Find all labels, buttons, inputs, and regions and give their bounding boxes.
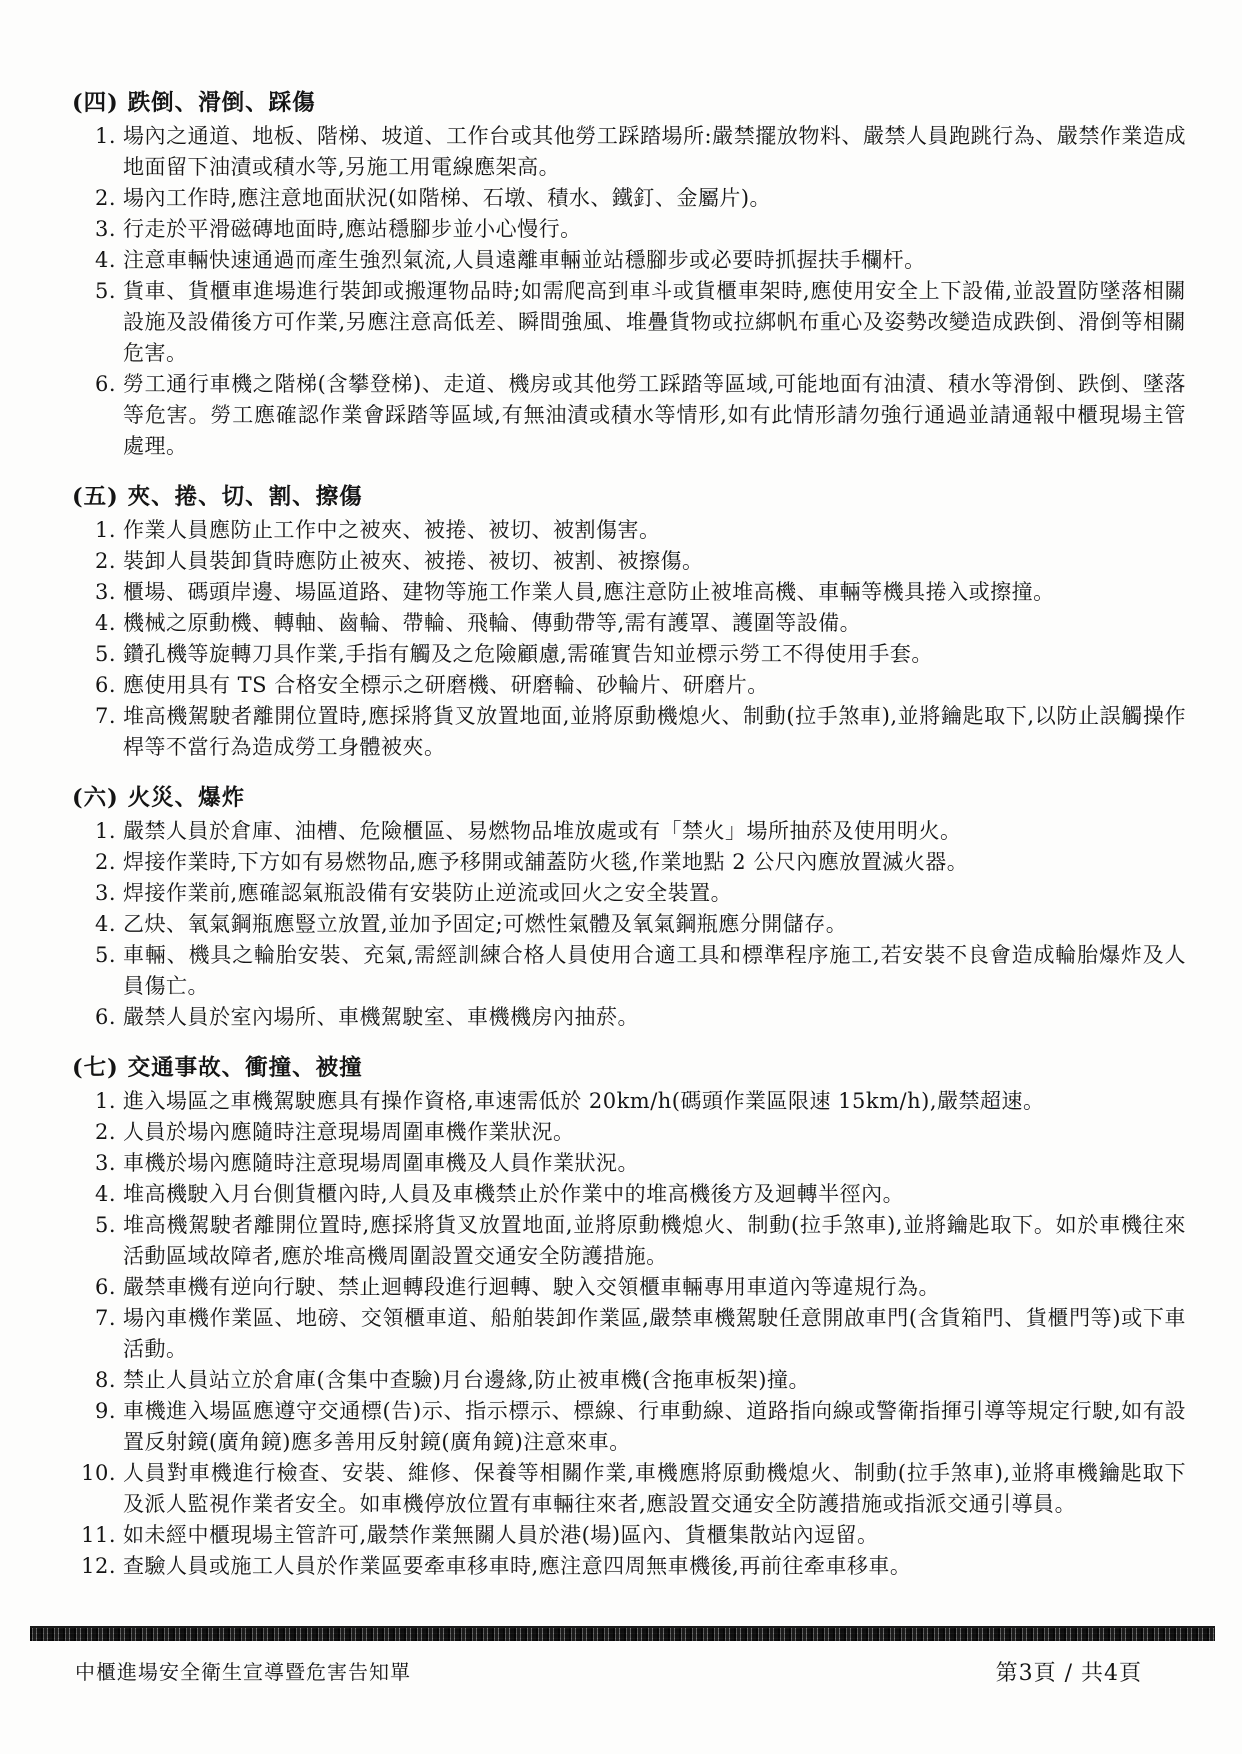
list-item: 6. 應使用具有 TS 合格安全標示之研磨機、研磨輪、砂輪片、研磨片。 [72,670,1186,701]
item-number: 2. [72,546,123,577]
item-number: 3. [72,214,123,245]
item-text: 機械之原動機、轉軸、齒輪、帶輪、飛輪、傳動帶等,需有護罩、護圍等設備。 [123,608,1186,639]
footer-document-title: 中櫃進場安全衛生宣導暨危害告知單 [75,1656,411,1687]
item-number: 5. [72,276,123,307]
item-number: 5. [72,1210,123,1241]
item-number: 6. [72,1002,123,1033]
item-text: 人員於場內應隨時注意現場周圍車機作業狀況。 [123,1117,1186,1148]
section-traffic-collision: (七) 交通事故、衝撞、被撞 1. 進入場區之車機駕駛應具有操作資格,車速需低於… [72,1053,1186,1582]
list-item: 12. 查驗人員或施工人員於作業區要牽車移車時,應注意四周無車機後,再前往牽車移… [72,1551,1186,1582]
list-item: 10. 人員對車機進行檢查、安裝、維修、保養等相關作業,車機應將原動機熄火、制動… [72,1458,1186,1520]
item-number: 4. [72,909,123,940]
item-number: 4. [72,1179,123,1210]
scan-artifact-separator-bar [30,1626,1215,1641]
list-item: 4. 機械之原動機、轉軸、齒輪、帶輪、飛輪、傳動帶等,需有護罩、護圍等設備。 [72,608,1186,639]
list-item: 5. 鑽孔機等旋轉刀具作業,手指有觸及之危險顧慮,需確實告知並標示勞工不得使用手… [72,639,1186,670]
section-heading: (六) 火災、爆炸 [72,783,1186,814]
list-item: 7. 場內車機作業區、地磅、交領櫃車道、船舶裝卸作業區,嚴禁車機駕駛任意開啟車門… [72,1303,1186,1365]
list-item: 9. 車機進入場區應遵守交通標(告)示、指示標示、標線、行車動線、道路指向線或警… [72,1396,1186,1458]
item-number: 9. [72,1396,123,1427]
item-number: 3. [72,1148,123,1179]
section-fire-explosion: (六) 火災、爆炸 1. 嚴禁人員於倉庫、油槽、危險櫃區、易燃物品堆放處或有「禁… [72,783,1186,1033]
item-text: 車機進入場區應遵守交通標(告)示、指示標示、標線、行車動線、道路指向線或警衛指揮… [123,1396,1186,1458]
list-item: 8. 禁止人員站立於倉庫(含集中查驗)月台邊緣,防止被車機(含拖車板架)撞。 [72,1365,1186,1396]
item-text: 行走於平滑磁磚地面時,應站穩腳步並小心慢行。 [123,214,1186,245]
item-number: 1. [72,515,123,546]
list-item: 3. 車機於場內應隨時注意現場周圍車機及人員作業狀況。 [72,1148,1186,1179]
list-item: 3. 焊接作業前,應確認氣瓶設備有安裝防止逆流或回火之安全裝置。 [72,878,1186,909]
item-text: 場內車機作業區、地磅、交領櫃車道、船舶裝卸作業區,嚴禁車機駕駛任意開啟車門(含貨… [123,1303,1186,1365]
item-number: 7. [72,701,123,732]
item-number: 1. [72,121,123,152]
item-text: 嚴禁車機有逆向行駛、禁止迴轉段進行迴轉、駛入交領櫃車輛專用車道內等違規行為。 [123,1272,1186,1303]
list-item: 2. 場內工作時,應注意地面狀況(如階梯、石墩、積水、鐵釘、金屬片)。 [72,183,1186,214]
item-text: 車輛、機具之輪胎安裝、充氣,需經訓練合格人員使用合適工具和標準程序施工,若安裝不… [123,940,1186,1002]
item-number: 1. [72,816,123,847]
item-text: 乙炔、氧氣鋼瓶應豎立放置,並加予固定;可燃性氣體及氧氣鋼瓶應分開儲存。 [123,909,1186,940]
item-text: 貨車、貨櫃車進場進行裝卸或搬運物品時;如需爬高到車斗或貨櫃車架時,應使用安全上下… [123,276,1186,369]
item-text: 嚴禁人員於倉庫、油槽、危險櫃區、易燃物品堆放處或有「禁火」場所抽菸及使用明火。 [123,816,1186,847]
list-item: 1. 進入場區之車機駕駛應具有操作資格,車速需低於 20km/h(碼頭作業區限速… [72,1086,1186,1117]
item-text: 櫃場、碼頭岸邊、場區道路、建物等施工作業人員,應注意防止被堆高機、車輛等機具捲入… [123,577,1186,608]
item-number: 2. [72,183,123,214]
list-item: 5. 堆高機駕駛者離開位置時,應採將貨叉放置地面,並將原動機熄火、制動(拉手煞車… [72,1210,1186,1272]
list-item: 4. 乙炔、氧氣鋼瓶應豎立放置,並加予固定;可燃性氣體及氧氣鋼瓶應分開儲存。 [72,909,1186,940]
item-number: 2. [72,847,123,878]
item-number: 3. [72,577,123,608]
item-text: 查驗人員或施工人員於作業區要牽車移車時,應注意四周無車機後,再前往牽車移車。 [123,1551,1186,1582]
list-item: 7. 堆高機駕駛者離開位置時,應採將貨叉放置地面,並將原動機熄火、制動(拉手煞車… [72,701,1186,763]
list-item: 2. 焊接作業時,下方如有易燃物品,應予移開或舖蓋防火毯,作業地點 2 公尺內應… [72,847,1186,878]
item-text: 勞工通行車機之階梯(含攀登梯)、走道、機房或其他勞工踩踏等區域,可能地面有油漬、… [123,369,1186,462]
list-item: 1. 場內之通道、地板、階梯、坡道、工作台或其他勞工踩踏場所:嚴禁擺放物料、嚴禁… [72,121,1186,183]
item-number: 5. [72,940,123,971]
item-text: 嚴禁人員於室內場所、車機駕駛室、車機機房內抽菸。 [123,1002,1186,1033]
item-number: 3. [72,878,123,909]
list-item: 4. 堆高機駛入月台側貨櫃內時,人員及車機禁止於作業中的堆高機後方及迴轉半徑內。 [72,1179,1186,1210]
item-text: 場內工作時,應注意地面狀況(如階梯、石墩、積水、鐵釘、金屬片)。 [123,183,1186,214]
item-text: 裝卸人員裝卸貨時應防止被夾、被捲、被切、被割、被擦傷。 [123,546,1186,577]
item-text: 應使用具有 TS 合格安全標示之研磨機、研磨輪、砂輪片、研磨片。 [123,670,1186,701]
item-number: 1. [72,1086,123,1117]
item-text: 注意車輛快速通過而產生強烈氣流,人員遠離車輛並站穩腳步或必要時抓握扶手欄杆。 [123,245,1186,276]
item-number: 4. [72,245,123,276]
list-item: 5. 貨車、貨櫃車進場進行裝卸或搬運物品時;如需爬高到車斗或貨櫃車架時,應使用安… [72,276,1186,369]
item-text: 作業人員應防止工作中之被夾、被捲、被切、被割傷害。 [123,515,1186,546]
section-heading: (七) 交通事故、衝撞、被撞 [72,1053,1186,1084]
list-item: 2. 人員於場內應隨時注意現場周圍車機作業狀況。 [72,1117,1186,1148]
item-text: 車機於場內應隨時注意現場周圍車機及人員作業狀況。 [123,1148,1186,1179]
item-number: 12. [72,1551,123,1582]
item-text: 焊接作業前,應確認氣瓶設備有安裝防止逆流或回火之安全裝置。 [123,878,1186,909]
document-body: (四) 跌倒、滑倒、踩傷 1. 場內之通道、地板、階梯、坡道、工作台或其他勞工踩… [72,88,1186,1582]
section-heading: (四) 跌倒、滑倒、踩傷 [72,88,1186,119]
item-text: 禁止人員站立於倉庫(含集中查驗)月台邊緣,防止被車機(含拖車板架)撞。 [123,1365,1186,1396]
section-heading: (五) 夾、捲、切、割、擦傷 [72,482,1186,513]
section-pinch-cut: (五) 夾、捲、切、割、擦傷 1. 作業人員應防止工作中之被夾、被捲、被切、被割… [72,482,1186,763]
page-footer: 中櫃進場安全衛生宣導暨危害告知單 第3頁 / 共4頁 [0,1656,1242,1687]
item-text: 焊接作業時,下方如有易燃物品,應予移開或舖蓋防火毯,作業地點 2 公尺內應放置滅… [123,847,1186,878]
item-text: 場內之通道、地板、階梯、坡道、工作台或其他勞工踩踏場所:嚴禁擺放物料、嚴禁人員跑… [123,121,1186,183]
list-item: 5. 車輛、機具之輪胎安裝、充氣,需經訓練合格人員使用合適工具和標準程序施工,若… [72,940,1186,1002]
list-item: 1. 嚴禁人員於倉庫、油槽、危險櫃區、易燃物品堆放處或有「禁火」場所抽菸及使用明… [72,816,1186,847]
footer-page-number: 第3頁 / 共4頁 [996,1656,1142,1687]
list-item: 6. 勞工通行車機之階梯(含攀登梯)、走道、機房或其他勞工踩踏等區域,可能地面有… [72,369,1186,462]
item-text: 鑽孔機等旋轉刀具作業,手指有觸及之危險顧慮,需確實告知並標示勞工不得使用手套。 [123,639,1186,670]
item-text: 進入場區之車機駕駛應具有操作資格,車速需低於 20km/h(碼頭作業區限速 15… [123,1086,1186,1117]
item-number: 8. [72,1365,123,1396]
item-text: 堆高機駛入月台側貨櫃內時,人員及車機禁止於作業中的堆高機後方及迴轉半徑內。 [123,1179,1186,1210]
section-falls-slips: (四) 跌倒、滑倒、踩傷 1. 場內之通道、地板、階梯、坡道、工作台或其他勞工踩… [72,88,1186,462]
list-item: 11. 如未經中櫃現場主管許可,嚴禁作業無關人員於港(場)區內、貨櫃集散站內逗留… [72,1520,1186,1551]
item-number: 11. [72,1520,123,1551]
item-number: 6. [72,369,123,400]
list-item: 3. 行走於平滑磁磚地面時,應站穩腳步並小心慢行。 [72,214,1186,245]
item-number: 6. [72,1272,123,1303]
item-number: 10. [72,1458,123,1489]
list-item: 6. 嚴禁人員於室內場所、車機駕駛室、車機機房內抽菸。 [72,1002,1186,1033]
item-text: 如未經中櫃現場主管許可,嚴禁作業無關人員於港(場)區內、貨櫃集散站內逗留。 [123,1520,1186,1551]
item-text: 堆高機駕駛者離開位置時,應採將貨叉放置地面,並將原動機熄火、制動(拉手煞車),並… [123,1210,1186,1272]
item-number: 2. [72,1117,123,1148]
list-item: 6. 嚴禁車機有逆向行駛、禁止迴轉段進行迴轉、駛入交領櫃車輛專用車道內等違規行為… [72,1272,1186,1303]
list-item: 1. 作業人員應防止工作中之被夾、被捲、被切、被割傷害。 [72,515,1186,546]
item-text: 人員對車機進行檢查、安裝、維修、保養等相關作業,車機應將原動機熄火、制動(拉手煞… [123,1458,1186,1520]
item-number: 7. [72,1303,123,1334]
item-number: 6. [72,670,123,701]
list-item: 3. 櫃場、碼頭岸邊、場區道路、建物等施工作業人員,應注意防止被堆高機、車輛等機… [72,577,1186,608]
item-number: 5. [72,639,123,670]
item-number: 4. [72,608,123,639]
scanned-document-page: (四) 跌倒、滑倒、踩傷 1. 場內之通道、地板、階梯、坡道、工作台或其他勞工踩… [0,0,1242,1754]
list-item: 4. 注意車輛快速通過而產生強烈氣流,人員遠離車輛並站穩腳步或必要時抓握扶手欄杆… [72,245,1186,276]
list-item: 2. 裝卸人員裝卸貨時應防止被夾、被捲、被切、被割、被擦傷。 [72,546,1186,577]
item-text: 堆高機駕駛者離開位置時,應採將貨叉放置地面,並將原動機熄火、制動(拉手煞車),並… [123,701,1186,763]
